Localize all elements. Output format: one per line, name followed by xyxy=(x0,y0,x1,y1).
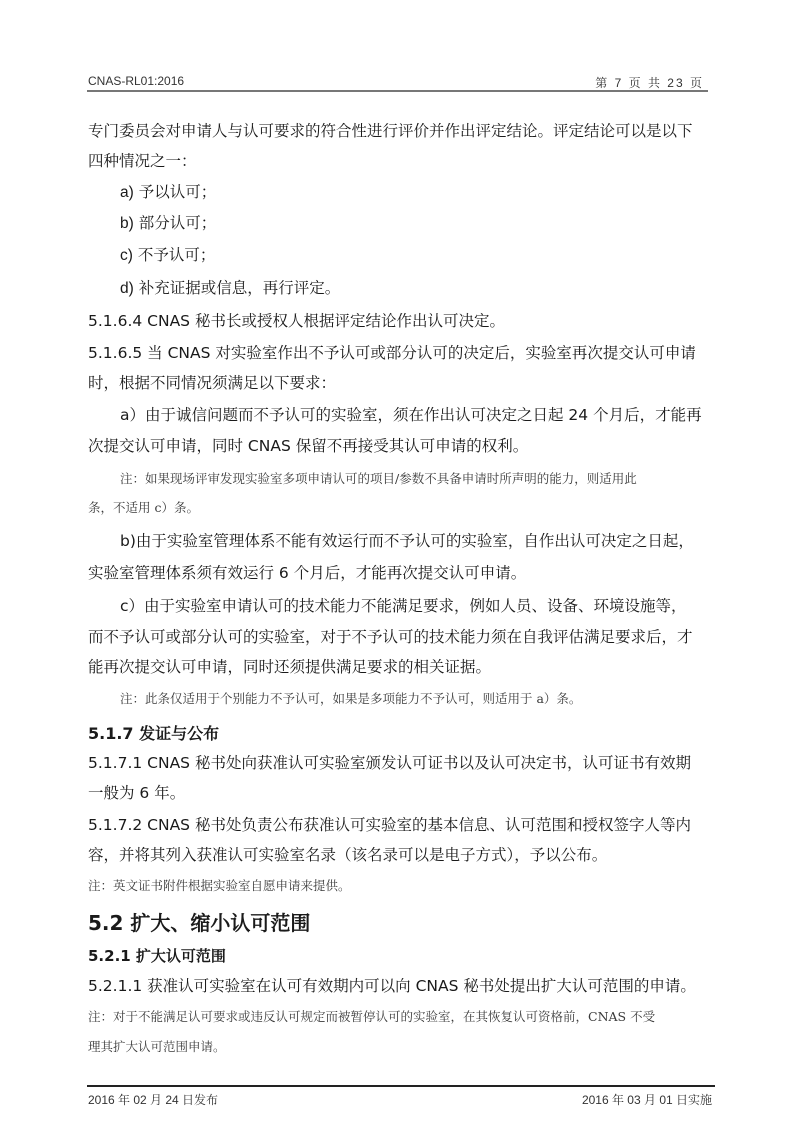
requirement-b-line-1: b)由于实验室管理体系不能有效运行而不予认可的实验室，自作出认可决定之日起， xyxy=(120,531,694,551)
requirement-c-line-2: 而不予认可或部分认可的实验室，对于不予认可的技术能力须在自我评估满足要求后，才 xyxy=(88,627,693,647)
note-5-2-1-1-line-2: 理其扩大认可范围申请。 xyxy=(88,1038,226,1056)
option-text: 部分认可； xyxy=(139,214,217,232)
option-d: d) 补充证据或信息，再行评定。 xyxy=(120,278,340,299)
clause-5-1-7-1-line-1: 5.1.7.1 CNAS 秘书处向获准认可实验室颁发认可证书以及认可决定书，认可… xyxy=(88,753,691,773)
header-page-info: 第 7 页 共 23 页 xyxy=(595,74,704,91)
requirement-a-line-2: 次提交认可申请，同时 CNAS 保留不再接受其认可申请的权利。 xyxy=(88,436,528,456)
note-5-2-1-1-line-1: 注：对于不能满足认可要求或违反认可规定而被暂停认可的实验室，在其恢复认可资格前，… xyxy=(88,1008,655,1026)
option-marker: b) xyxy=(120,215,134,232)
heading-5-2: 5.2 扩大、缩小认可范围 xyxy=(88,907,310,936)
intro-line-2: 四种情况之一： xyxy=(88,151,197,171)
requirement-b-line-2: 实验室管理体系须有效运行 6 个月后，才能再次提交认可申请。 xyxy=(88,563,526,583)
option-marker: a) xyxy=(120,184,134,201)
note-a-line-2: 条，不适用 c）条。 xyxy=(88,499,199,517)
requirement-c-line-3: 能再次提交认可申请，同时还须提供满足要求的相关证据。 xyxy=(88,657,491,677)
header-rule xyxy=(87,90,708,92)
option-text: 予以认可； xyxy=(139,183,217,201)
option-marker: c) xyxy=(120,247,133,264)
option-text: 补充证据或信息，再行评定。 xyxy=(139,279,341,297)
note-5-1-7: 注：英文证书附件根据实验室自愿申请来提供。 xyxy=(88,877,351,895)
clause-5-1-6-4: 5.1.6.4 CNAS 秘书长或授权人根据评定结论作出认可决定。 xyxy=(88,311,505,331)
option-text: 不予认可； xyxy=(138,246,216,264)
footer-issue-date: 2016 年 02 月 24 日发布 xyxy=(88,1091,218,1108)
clause-5-1-7-1-line-2: 一般为 6 年。 xyxy=(88,783,185,803)
intro-line-1: 专门委员会对申请人与认可要求的符合性进行评价并作出评定结论。评定结论可以是以下 xyxy=(88,121,693,141)
requirement-c-line-1: c）由于实验室申请认可的技术能力不能满足要求，例如人员、设备、环境设施等， xyxy=(120,596,687,616)
option-a: a) 予以认可； xyxy=(120,182,216,203)
clause-5-2-1-1: 5.2.1.1 获准认可实验室在认可有效期内可以向 CNAS 秘书处提出扩大认可… xyxy=(88,976,696,996)
heading-5-2-1: 5.2.1 扩大认可范围 xyxy=(88,945,226,966)
clause-5-1-6-5-line-1: 5.1.6.5 当 CNAS 对实验室作出不予认可或部分认可的决定后，实验室再次… xyxy=(88,343,696,363)
clause-5-1-7-2-line-1: 5.1.7.2 CNAS 秘书处负责公布获准认可实验室的基本信息、认可范围和授权… xyxy=(88,815,691,835)
footer-rule xyxy=(87,1085,715,1087)
note-c: 注：此条仅适用于个别能力不予认可，如果是多项能力不予认可，则适用于 a）条。 xyxy=(120,690,581,708)
heading-5-1-7: 5.1.7 发证与公布 xyxy=(88,721,219,744)
option-marker: d) xyxy=(120,280,134,297)
clause-5-1-7-2-line-2: 容，并将其列入获准认可实验室名录（该名录可以是电子方式），予以公布。 xyxy=(88,845,607,865)
header-doc-id: CNAS-RL01:2016 xyxy=(88,74,184,88)
note-a-line-1: 注：如果现场评审发现实验室多项申请认可的项目/参数不具备申请时所声明的能力，则适… xyxy=(120,470,637,488)
option-c: c) 不予认可； xyxy=(120,245,215,266)
document-page: CNAS-RL01:2016 第 7 页 共 23 页 专门委员会对申请人与认可… xyxy=(0,0,800,1132)
clause-5-1-6-5-line-2: 时，根据不同情况须满足以下要求： xyxy=(88,373,336,393)
footer-effective-date: 2016 年 03 月 01 日实施 xyxy=(582,1091,712,1108)
option-b: b) 部分认可； xyxy=(120,213,216,234)
requirement-a-line-1: a）由于诚信问题而不予认可的实验室，须在作出认可决定之日起 24 个月后，才能再 xyxy=(120,405,702,425)
